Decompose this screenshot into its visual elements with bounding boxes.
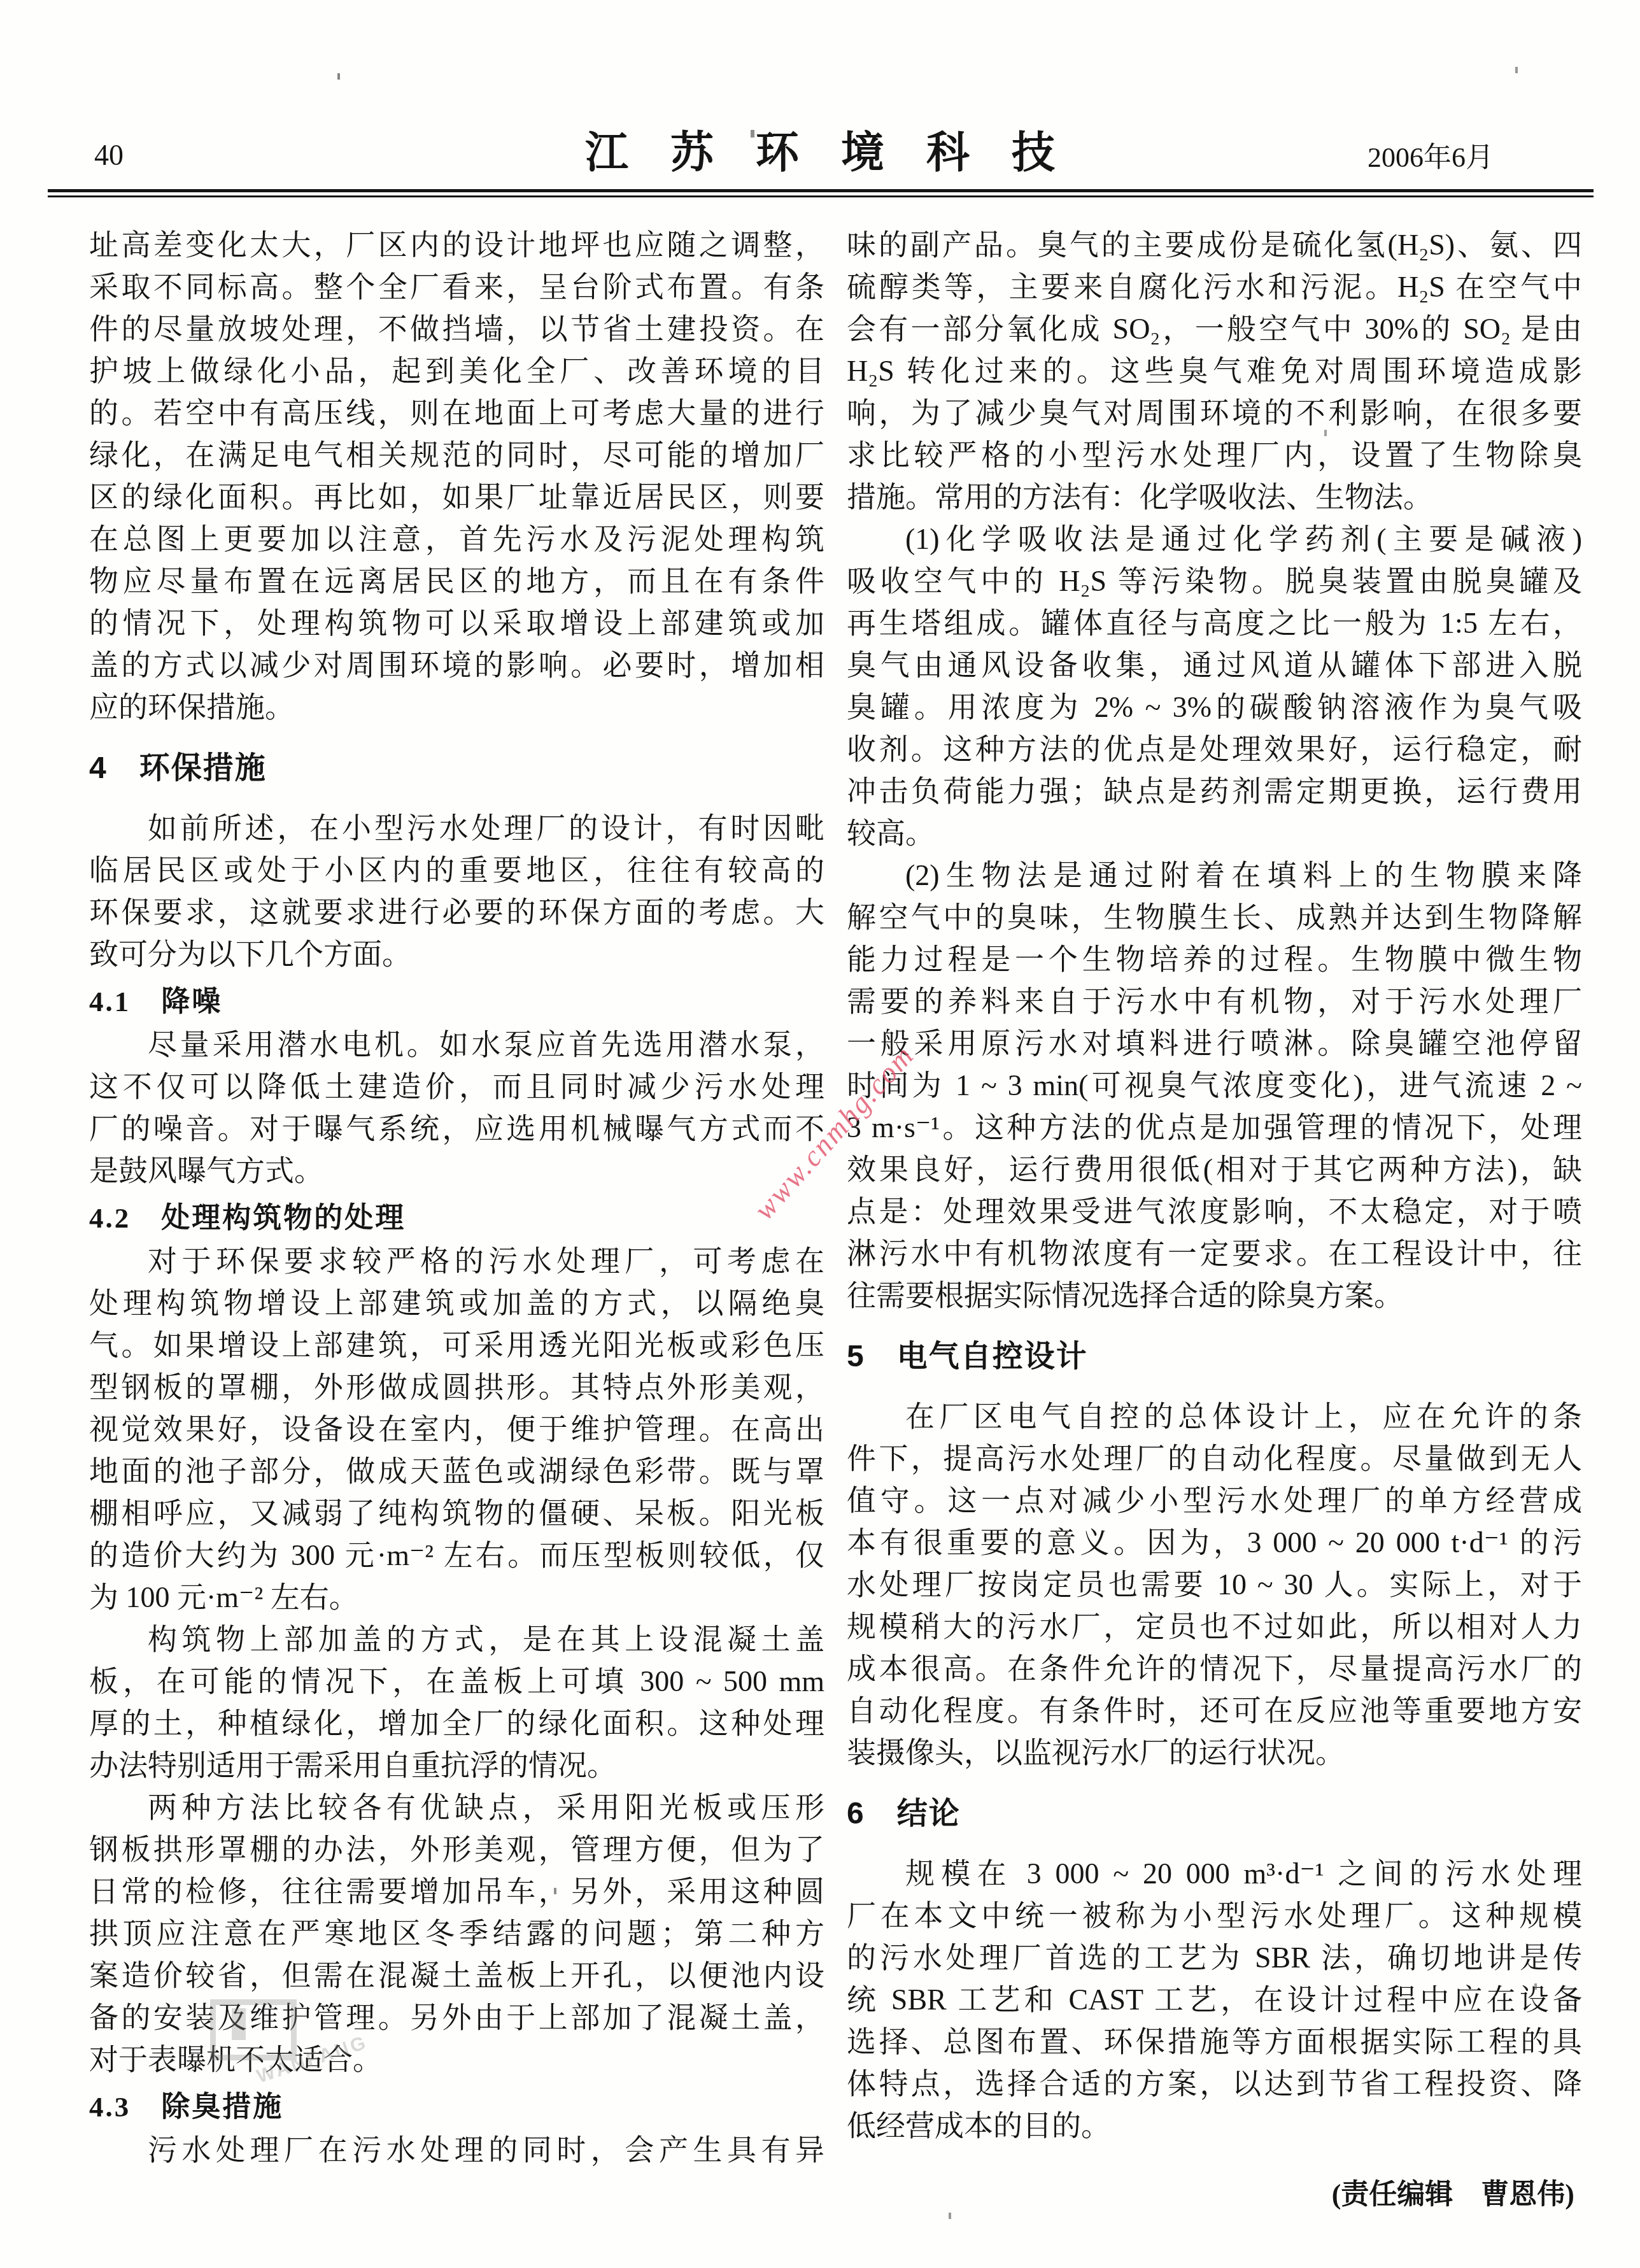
- text-line: 两种方法比较各有优缺点，采用阳光板或压形: [89, 1787, 824, 1829]
- text-line: 视觉效果好，设备设在室内，便于维护管理。在高出: [89, 1408, 824, 1450]
- text-line: 在厂区电气自控的总体设计上，应在允许的条: [847, 1396, 1582, 1438]
- text-line: 这不仅可以降低土建造价，而且同时减少污水处理: [89, 1066, 824, 1108]
- paragraph: 规模在 3 000 ~ 20 000 m³·d⁻¹ 之间的污水处理厂在本文中统一…: [847, 1853, 1582, 2147]
- text-line: 采取不同标高。整个全厂看来，呈台阶式布置。有条: [89, 266, 824, 308]
- text-line: 一般采用原污水对填料进行喷淋。除臭罐空池停留: [847, 1023, 1582, 1065]
- text-line: 处理构筑物增设上部建筑或加盖的方式，以隔绝臭: [89, 1282, 824, 1324]
- column-left: 址高差变化太大，厂区内的设计地坪也应随之调整，采取不同标高。整个全厂看来，呈台阶…: [89, 224, 824, 2171]
- text-line: 较高。: [847, 812, 1582, 854]
- text-line: 体特点，选择合适的方案，以达到节省工程投资、降: [847, 2063, 1582, 2105]
- journal-page: 40 江苏环境科技 2006年6月 址高差变化太大，厂区内的设计地坪也应随之调整…: [0, 0, 1640, 2268]
- text-line: 对于表曝机不太适合。: [89, 2039, 824, 2081]
- text-line: 时间为 1 ~ 3 min(可视臭气浓度变化)，进气流速 2 ~: [847, 1065, 1582, 1107]
- text-line: 成本很高。在条件允许的情况下，尽量提高污水厂的: [847, 1648, 1582, 1690]
- text-line: 吸收空气中的 H₂S 等污染物。脱臭装置由脱臭罐及: [847, 560, 1582, 602]
- text-line: 效果良好，运行费用很低(相对于其它两种方法)，缺: [847, 1149, 1582, 1191]
- text-line: 硫醇类等，主要来自腐化污水和污泥。H₂S 在空气中: [847, 266, 1582, 308]
- text-line: 钢板拱形罩棚的办法，外形美观，管理方便，但为了: [89, 1829, 824, 1871]
- text-line: 自动化程度。有条件时，还可在反应池等重要地方安: [847, 1690, 1582, 1732]
- paragraph: 味的副产品。臭气的主要成份是硫化氢(H₂S)、氨、四硫醇类等，主要来自腐化污水和…: [847, 224, 1582, 518]
- text-line: H₂S 转化过来的。这些臭气难免对周围环境造成影: [847, 350, 1582, 392]
- text-line: 厂的噪音。对于曝气系统，应选用机械曝气方式而不: [89, 1108, 824, 1150]
- paragraph: 址高差变化太大，厂区内的设计地坪也应随之调整，采取不同标高。整个全厂看来，呈台阶…: [89, 224, 824, 728]
- text-line: 厂在本文中统一被称为小型污水处理厂。这种规模: [847, 1895, 1582, 1937]
- text-line: 如前所述，在小型污水处理厂的设计，有时因毗: [89, 807, 824, 849]
- text-line: 地面的池子部分，做成天蓝色或湖绿色彩带。既与罩: [89, 1450, 824, 1492]
- text-line: 构筑物上部加盖的方式，是在其上设混凝土盖: [89, 1619, 824, 1661]
- paragraph: 对于环保要求较严格的污水处理厂，可考虑在处理构筑物增设上部建筑或加盖的方式，以隔…: [89, 1240, 824, 1619]
- text-line: 棚相呼应，又减弱了纯构筑物的僵硬、呆板。阳光板: [89, 1492, 824, 1534]
- text-line: 的。若空中有高压线，则在地面上可考虑大量的进行: [89, 392, 824, 434]
- text-line: 致可分为以下几个方面。: [89, 933, 824, 975]
- text-line: 备的安装及维护管理。另外由于上部加了混凝土盖，: [89, 1997, 824, 2039]
- text-line: 在总图上更要加以注意，首先污水及污泥处理构筑: [89, 518, 824, 560]
- text-line: 是鼓风曝气方式。: [89, 1150, 824, 1192]
- text-line: 应的环保措施。: [89, 686, 824, 728]
- text-line: 响，为了减少臭气对周围环境的不利影响，在很多要: [847, 392, 1582, 434]
- text-line: 水处理厂按岗定员也需要 10 ~ 30 人。实际上，对于: [847, 1564, 1582, 1606]
- scan-noise: [337, 73, 340, 80]
- paragraph: 尽量采用潜水电机。如水泵应首先选用潜水泵，这不仅可以降低土建造价，而且同时减少污…: [89, 1024, 824, 1192]
- paragraph: (1)化学吸收法是通过化学药剂(主要是碱液)吸收空气中的 H₂S 等污染物。脱臭…: [847, 518, 1582, 854]
- column-right: 味的副产品。臭气的主要成份是硫化氢(H₂S)、氨、四硫醇类等，主要来自腐化污水和…: [847, 224, 1582, 2216]
- text-line: 规模稍大的污水厂，定员也不过如此，所以相对人力: [847, 1606, 1582, 1648]
- text-line: 对于环保要求较严格的污水处理厂，可考虑在: [89, 1240, 824, 1282]
- editor-note: (责任编辑 曹恩伟): [847, 2174, 1582, 2216]
- text-line: 护坡上做绿化小品，起到美化全厂、改善环境的目: [89, 350, 824, 392]
- text-line: (2)生物法是通过附着在填料上的生物膜来降: [847, 854, 1582, 897]
- text-line: 件的尽量放坡处理，不做挡墙，以节省土建投资。在: [89, 308, 824, 350]
- section-heading: 4.2 处理构筑物的处理: [89, 1197, 824, 1239]
- issue-date: 2006年6月: [1368, 141, 1494, 174]
- text-line: 冲击负荷能力强；缺点是药剂需定期更换，运行费用: [847, 770, 1582, 812]
- text-line: 需要的养料来自于污水中有机物，对于污水处理厂: [847, 981, 1582, 1023]
- text-line: 的造价大约为 300 元·m⁻² 左右。而压型板则较低，仅: [89, 1534, 824, 1577]
- text-line: 址高差变化太大，厂区内的设计地坪也应随之调整，: [89, 224, 824, 266]
- text-line: 案造价较省，但需在混凝土盖板上开孔，以便池内设: [89, 1955, 824, 1997]
- text-line: 的情况下，处理构筑物可以采取增设上部建筑或加: [89, 602, 824, 644]
- text-line: 规模在 3 000 ~ 20 000 m³·d⁻¹ 之间的污水处理: [847, 1853, 1582, 1895]
- text-line: 日常的检修，往往需要增加吊车，另外，采用这种圆: [89, 1871, 824, 1913]
- text-line: 装摄像头，以监视污水厂的运行状况。: [847, 1732, 1582, 1774]
- text-line: 统 SBR 工艺和 CAST 工艺，在设计过程中应在设备: [847, 1979, 1582, 2021]
- text-line: 办法特别适用于需采用自重抗浮的情况。: [89, 1745, 824, 1787]
- text-line: 收剂。这种方法的优点是处理效果好，运行稳定，耐: [847, 728, 1582, 770]
- text-line: 盖的方式以减少对周围环境的影响。必要时，增加相: [89, 644, 824, 686]
- text-line: 厚的土，种植绿化，增加全厂的绿化面积。这种处理: [89, 1703, 824, 1745]
- text-line: (1)化学吸收法是通过化学药剂(主要是碱液): [847, 518, 1582, 560]
- text-line: 污水处理厂在污水处理的同时，会产生具有异: [89, 2129, 824, 2171]
- section-heading: 4 环保措施: [89, 748, 824, 790]
- text-line: 解空气中的臭味，生物膜生长、成熟并达到生物降解: [847, 897, 1582, 939]
- text-line: 本有很重要的意义。因为，3 000 ~ 20 000 t·d⁻¹ 的污: [847, 1522, 1582, 1564]
- section-heading: 6 结论: [847, 1793, 1582, 1835]
- section-heading: 4.3 除臭措施: [89, 2086, 824, 2128]
- section-heading: 5 电气自控设计: [847, 1336, 1582, 1378]
- paragraph: 如前所述，在小型污水处理厂的设计，有时因毗临居民区或处于小区内的重要地区，往往有…: [89, 807, 824, 975]
- text-line: 的污水处理厂首选的工艺为 SBR 法，确切地讲是传: [847, 1937, 1582, 1979]
- text-line: 点是：处理效果受进气浓度影响，不太稳定，对于喷: [847, 1191, 1582, 1233]
- text-line: 拱顶应注意在严寒地区冬季结露的问题；第二种方: [89, 1913, 824, 1955]
- text-line: 味的副产品。臭气的主要成份是硫化氢(H₂S)、氨、四: [847, 224, 1582, 266]
- text-line: 再生塔组成。罐体直径与高度之比一般为 1:5 左右，: [847, 602, 1582, 644]
- text-line: 为 100 元·m⁻² 左右。: [89, 1577, 824, 1619]
- text-line: 板，在可能的情况下，在盖板上可填 300 ~ 500 mm: [89, 1661, 824, 1703]
- text-line: 区的绿化面积。再比如，如果厂址靠近居民区，则要: [89, 476, 824, 518]
- text-line: 物应尽量布置在远离居民区的地方，而且在有条件: [89, 560, 824, 602]
- text-line: 臭气由通风设备收集，通过风道从罐体下部进入脱: [847, 644, 1582, 686]
- section-heading: 4.1 降噪: [89, 981, 824, 1023]
- text-line: 能力过程是一个生物培养的过程。生物膜中微生物: [847, 939, 1582, 981]
- text-line: 气。如果增设上部建筑，可采用透光阳光板或彩色压: [89, 1324, 824, 1366]
- text-line: 臭罐。用浓度为 2% ~ 3%的碳酸钠溶液作为臭气吸: [847, 686, 1582, 728]
- text-line: 会有一部分氧化成 SO₂，一般空气中 30%的 SO₂ 是由: [847, 308, 1582, 350]
- text-line: 选择、总图布置、环保措施等方面根据实际工程的具: [847, 2021, 1582, 2063]
- paragraph: 构筑物上部加盖的方式，是在其上设混凝土盖板，在可能的情况下，在盖板上可填 300…: [89, 1619, 824, 1787]
- text-line: 环保要求，这就要求进行必要的环保方面的考虑。大: [89, 891, 824, 933]
- text-line: 措施。常用的方法有：化学吸收法、生物法。: [847, 476, 1582, 518]
- paragraph: 污水处理厂在污水处理的同时，会产生具有异: [89, 2129, 824, 2171]
- text-line: 型钢板的罩棚，外形做成圆拱形。其特点外形美观，: [89, 1366, 824, 1408]
- text-line: 3 m·s⁻¹。这种方法的优点是加强管理的情况下，处理: [847, 1107, 1582, 1149]
- text-line: 临居民区或处于小区内的重要地区，往往有较高的: [89, 849, 824, 891]
- text-line: 淋污水中有机物浓度有一定要求。在工程设计中，往: [847, 1233, 1582, 1275]
- text-line: 尽量采用潜水电机。如水泵应首先选用潜水泵，: [89, 1024, 824, 1066]
- text-line: 往需要根据实际情况选择合适的除臭方案。: [847, 1275, 1582, 1317]
- text-line: 低经营成本的目的。: [847, 2105, 1582, 2147]
- paragraph: (2)生物法是通过附着在填料上的生物膜来降解空气中的臭味，生物膜生长、成熟并达到…: [847, 854, 1582, 1317]
- paragraph: 在厂区电气自控的总体设计上，应在允许的条件下，提高污水处理厂的自动化程度。尽量做…: [847, 1396, 1582, 1774]
- text-line: 件下，提高污水处理厂的自动化程度。尽量做到无人: [847, 1438, 1582, 1480]
- header-rule: [48, 189, 1594, 197]
- text-line: 绿化，在满足电气相关规范的同时，尽可能的增加厂: [89, 434, 824, 476]
- text-line: 值守。这一点对减少小型污水处理厂的单方经营成: [847, 1480, 1582, 1522]
- paragraph: 两种方法比较各有优缺点，采用阳光板或压形钢板拱形罩棚的办法，外形美观，管理方便，…: [89, 1787, 824, 2081]
- text-line: 求比较严格的小型污水处理厂内，设置了生物除臭: [847, 434, 1582, 476]
